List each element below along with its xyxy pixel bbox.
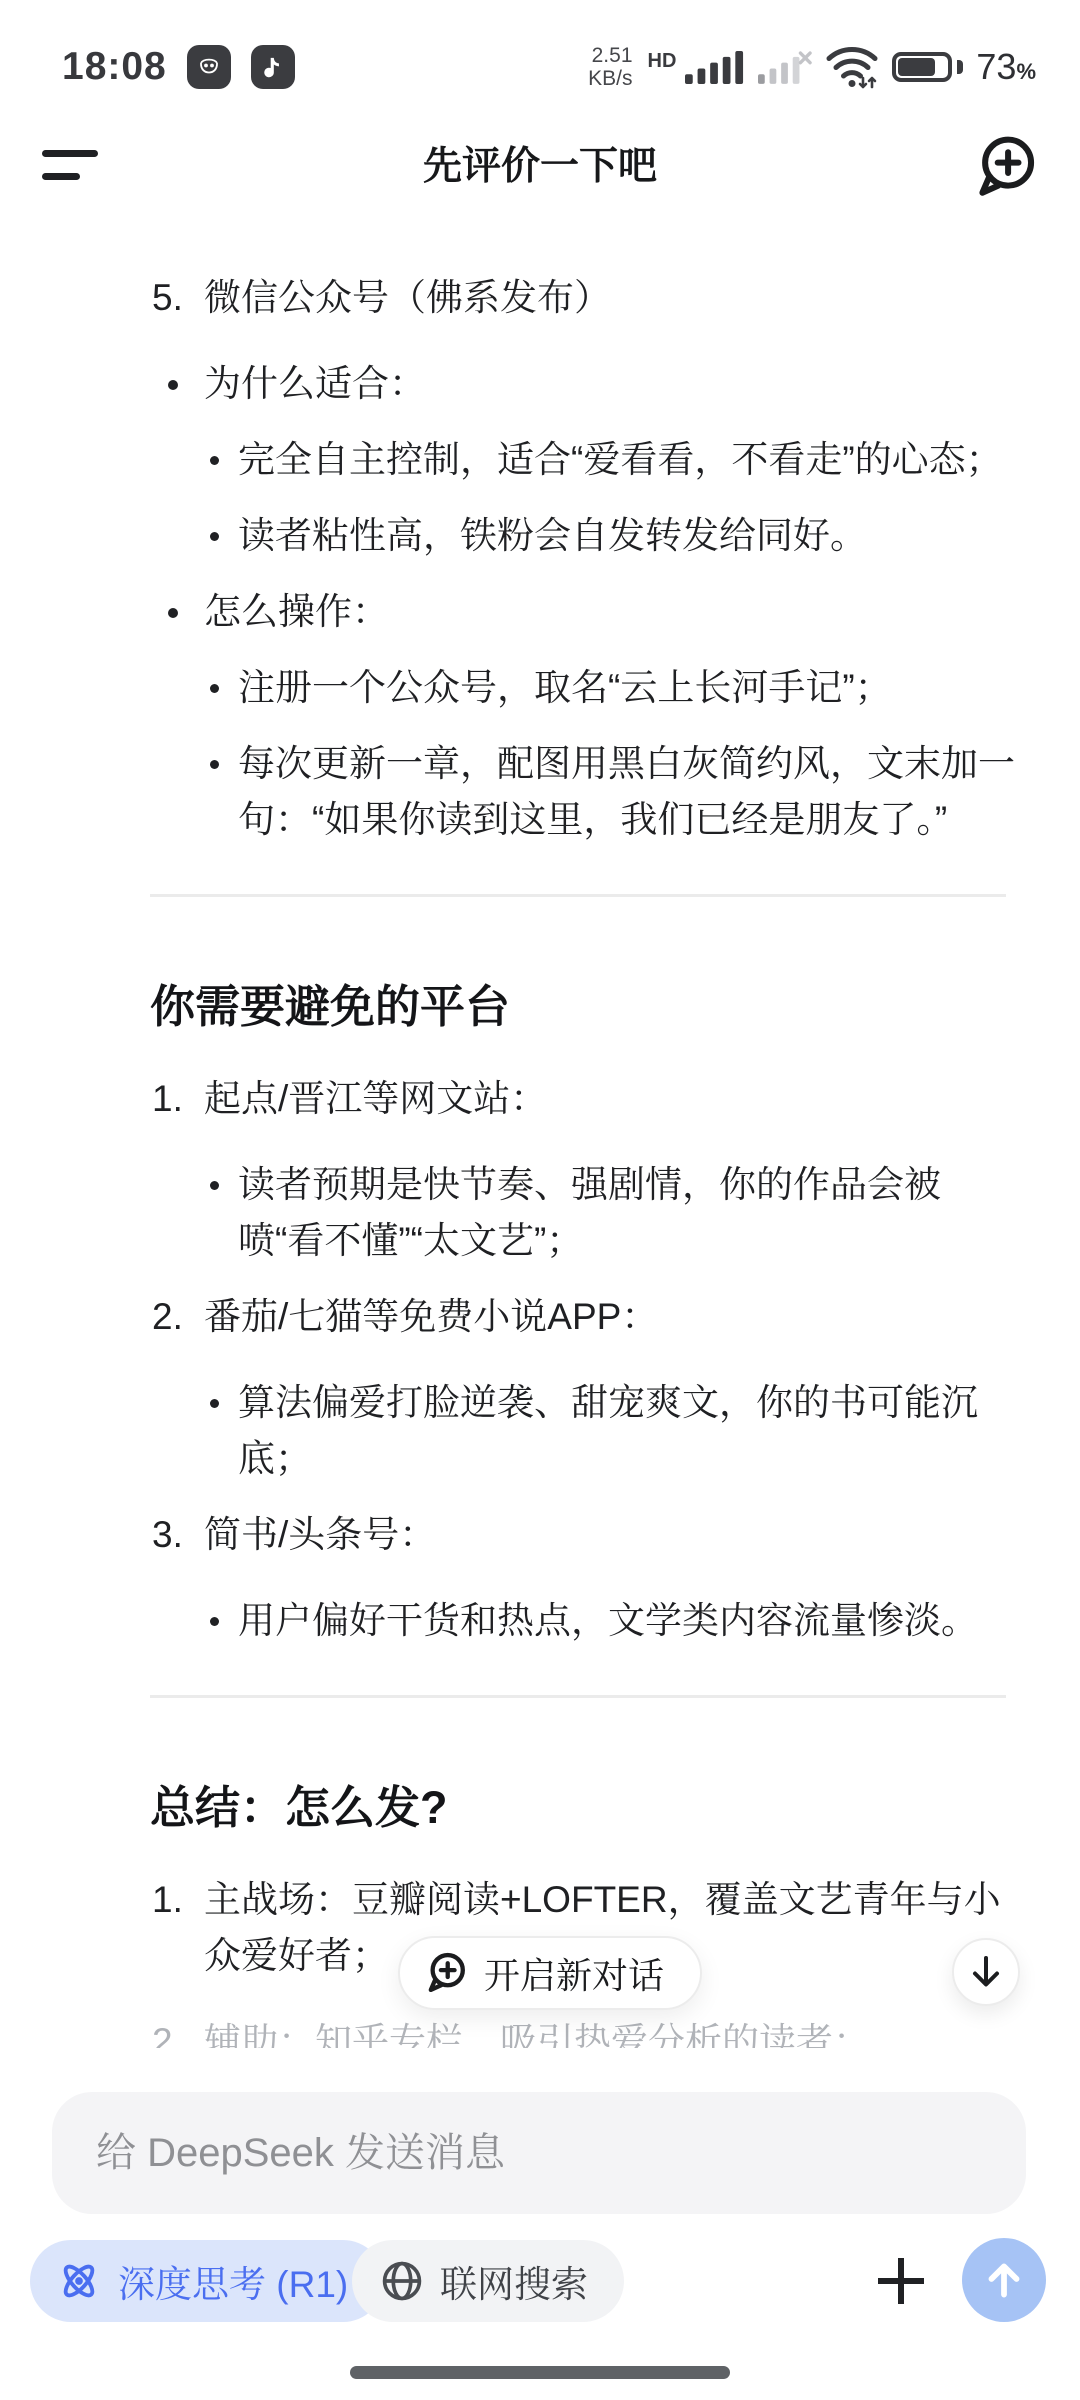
bullet-list-item: 怎么操作： <box>0 584 1080 640</box>
bullet-dot <box>208 508 238 564</box>
bullet-dot <box>208 736 238 848</box>
section-divider <box>150 1695 1006 1698</box>
bullet-list-item: 读者预期是快节奏、强剧情，你的作品会被喷“看不懂”“太文艺”； <box>0 1157 1080 1269</box>
start-new-chat-button[interactable]: 开启新对话 <box>398 1936 702 2010</box>
wifi-icon <box>825 44 879 90</box>
hd-badge: HD <box>648 50 677 73</box>
time-label: 18:08 <box>62 45 167 89</box>
numbered-list-item: 5.微信公众号（佛系发布） <box>0 270 1080 326</box>
scroll-to-bottom-button[interactable] <box>952 1938 1020 2006</box>
chat-text: 读者粘性高，铁粉会自发转发给同好。 <box>238 508 1024 564</box>
bullet-dot <box>208 1157 238 1269</box>
arrow-up-icon <box>981 2257 1027 2303</box>
chat-text: 每次更新一章，配图用黑白灰简约风，文末加一句：“如果你读到这里，我们已经是朋友了… <box>238 736 1024 848</box>
globe-icon <box>380 2259 424 2303</box>
chat-text: 简书/头条号： <box>204 1507 1024 1563</box>
new-chat-icon[interactable] <box>972 132 1042 202</box>
chat-text: 用户偏好干货和热点，文学类内容流量惨淡。 <box>238 1593 1024 1649</box>
chat-text: 起点/晋江等网文站： <box>204 1071 1024 1127</box>
deep-think-toggle[interactable]: 深度思考 (R1) <box>30 2240 384 2322</box>
music-note-icon <box>251 45 295 89</box>
chat-text: 番茄/七猫等免费小说APP： <box>204 1289 1024 1345</box>
web-search-label: 联网搜索 <box>440 2254 588 2308</box>
attach-plus-icon[interactable] <box>872 2252 930 2310</box>
section-heading: 总结：怎么发? <box>0 1776 1080 1840</box>
bullet-list-item: 注册一个公众号，取名“云上长河手记”； <box>0 660 1080 716</box>
bullet-list-item: 算法偏爱打脸逆袭、甜宠爽文，你的书可能沉底； <box>0 1375 1080 1487</box>
chat-text: 完全自主控制，适合“爱看看，不看走”的心态； <box>238 432 1024 488</box>
bullet-list-item: 为什么适合： <box>0 356 1080 412</box>
bullet-dot <box>166 356 204 412</box>
atom-icon <box>56 2258 102 2304</box>
list-number: 2. <box>152 2014 204 2048</box>
send-button[interactable] <box>962 2238 1046 2322</box>
notification-app-icon <box>187 45 231 89</box>
network-speed: 2.51 KB/s <box>588 44 632 90</box>
status-bar: 18:08 2.51 KB/s HD <box>0 0 1080 108</box>
bullet-dot <box>208 660 238 716</box>
chat-text: 怎么操作： <box>204 584 1024 640</box>
chat-text: 算法偏爱打脸逆袭、甜宠爽文，你的书可能沉底； <box>238 1375 1024 1487</box>
battery-tip <box>957 60 963 74</box>
list-number: 5. <box>152 270 204 326</box>
signal-strength-icon <box>685 50 745 85</box>
list-number: 2. <box>152 1289 204 1345</box>
chat-text: 微信公众号（佛系发布） <box>204 270 1024 326</box>
status-bar-right: 2.51 KB/s HD <box>588 44 1036 90</box>
message-input[interactable] <box>52 2092 1026 2214</box>
bullet-dot <box>208 1375 238 1487</box>
bullet-dot <box>208 1593 238 1649</box>
numbered-list-item: 3.简书/头条号： <box>0 1507 1080 1563</box>
bullet-list-item: 完全自主控制，适合“爱看看，不看走”的心态； <box>0 432 1080 488</box>
list-number: 1. <box>152 1872 204 1984</box>
bullet-list-item: 读者粘性高，铁粉会自发转发给同好。 <box>0 508 1080 564</box>
numbered-list-item: 2.辅助：知乎专栏，吸引热爱分析的读者； <box>0 2014 1080 2048</box>
deep-think-label: 深度思考 (R1) <box>118 2254 348 2308</box>
status-bar-left: 18:08 <box>62 45 295 89</box>
page-title: 先评价一下吧 <box>0 122 1080 212</box>
chat-text: 为什么适合： <box>204 356 1024 412</box>
bullet-dot <box>166 584 204 640</box>
battery-icon <box>892 52 952 82</box>
list-number: 1. <box>152 1071 204 1127</box>
chat-text: 辅助：知乎专栏，吸引热爱分析的读者； <box>204 2014 1024 2048</box>
web-search-toggle[interactable]: 联网搜索 <box>352 2240 624 2322</box>
section-heading: 你需要避免的平台 <box>0 975 1080 1039</box>
composer-panel: 深度思考 (R1) 联网搜索 <box>0 2048 1080 2400</box>
section-divider <box>150 894 1006 897</box>
chat-text: 注册一个公众号，取名“云上长河手记”； <box>238 660 1024 716</box>
list-number: 3. <box>152 1507 204 1563</box>
numbered-list-item: 2.番茄/七猫等免费小说APP： <box>0 1289 1080 1345</box>
app-header: 先评价一下吧 <box>0 122 1080 212</box>
arrow-down-icon <box>966 1952 1006 1992</box>
bullet-dot <box>208 432 238 488</box>
start-new-chat-label: 开启新对话 <box>484 1948 664 1999</box>
chat-text: 读者预期是快节奏、强剧情，你的作品会被喷“看不懂”“太文艺”； <box>238 1157 1024 1269</box>
home-indicator[interactable] <box>350 2366 730 2379</box>
numbered-list-item: 1.起点/晋江等网文站： <box>0 1071 1080 1127</box>
chat-message-content: 5.微信公众号（佛系发布）为什么适合：完全自主控制，适合“爱看看，不看走”的心态… <box>0 270 1080 2048</box>
bullet-list-item: 每次更新一章，配图用黑白灰简约风，文末加一句：“如果你读到这里，我们已经是朋友了… <box>0 736 1080 848</box>
battery-percent: 73% <box>976 46 1036 88</box>
signal-strength-icon-sim2 <box>758 50 812 85</box>
bullet-list-item: 用户偏好干货和热点，文学类内容流量惨淡。 <box>0 1593 1080 1649</box>
chat-bubble-plus-icon <box>424 1950 470 1996</box>
